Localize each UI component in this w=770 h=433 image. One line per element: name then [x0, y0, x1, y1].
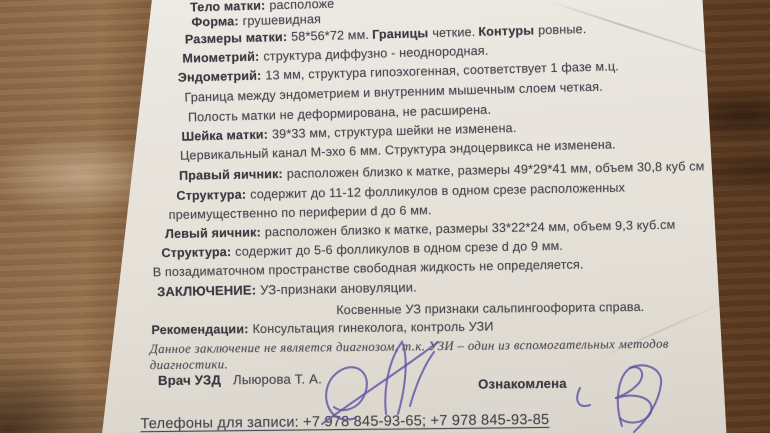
- report-disclaimer-line2: диагностики.: [150, 358, 228, 372]
- patient-signature-ink: [570, 362, 682, 433]
- photo-ultrasound-report: Тело матки:расположе Форма:грушевидная Р…: [0, 0, 770, 433]
- doctor-signature-ink: [298, 334, 450, 431]
- report-line-conclusion-indirect: Косвенные УЗ признаки сальпингоофорита с…: [336, 301, 644, 317]
- acknowledged-label: Ознакомлена: [478, 377, 567, 391]
- paper-sheet: Тело матки:расположе Форма:грушевидная Р…: [0, 0, 770, 433]
